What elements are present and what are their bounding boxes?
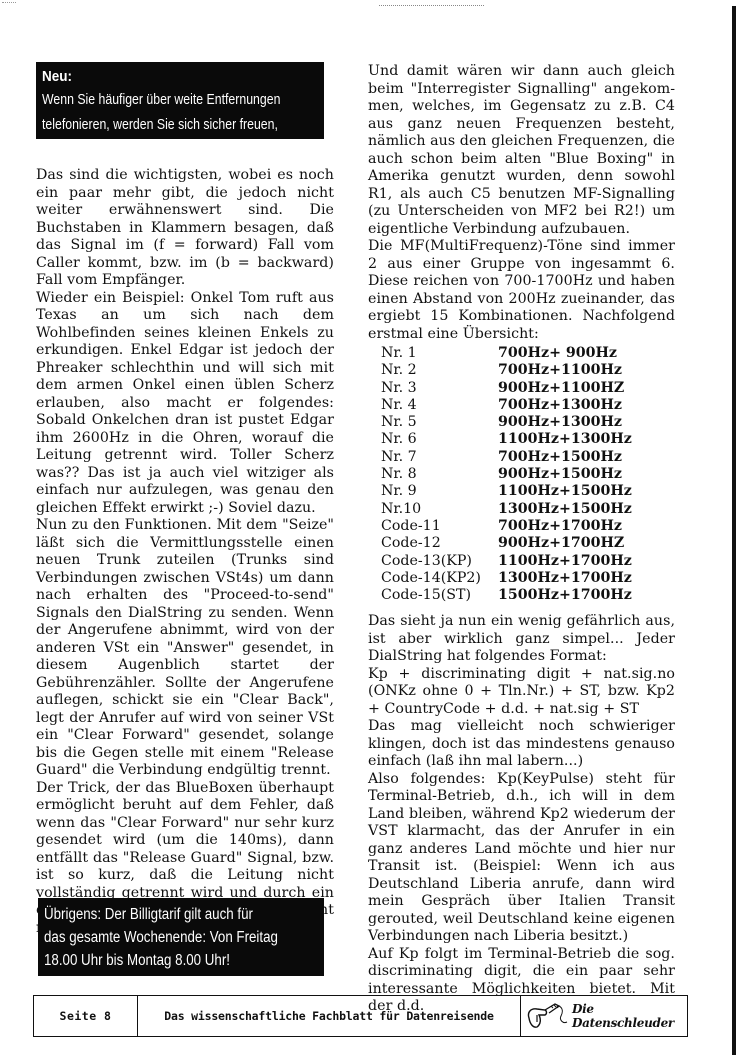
hand-with-cable-icon [525,1000,569,1033]
mf-code: Code-11 [381,518,498,535]
mf-code: Code-12 [381,535,498,552]
mf-freq: 700Hz+1100Hz [498,362,622,379]
left-column: Das sind die wichtigsten, wobei es noch … [36,167,334,937]
mf-code: Nr. 9 [381,483,498,500]
mf-frequency-table: Nr. 1700Hz+ 900Hz Nr. 2700Hz+1100Hz Nr. … [381,345,632,604]
callout-uebrigens: Übrigens: Der Billigtarif gilt auch für … [38,898,324,976]
mf-freq: 700Hz+ 900Hz [498,345,617,362]
paragraph: Das sieht ja nun ein wenig gefährlich au… [368,613,675,666]
mf-freq: 1300Hz+1700Hz [498,570,632,587]
paragraph: Das mag vielleicht noch schwieriger klin… [368,718,675,771]
paragraph: Kp + discriminating digit + nat.sig.no (… [368,666,675,719]
mf-code: Code-15(ST) [381,587,498,604]
scan-artifact-top-left [2,2,16,6]
page-number: Seite 8 [34,996,138,1036]
table-row: Code-14(KP2)1300Hz+1700Hz [381,570,632,587]
table-row: Nr. 91100Hz+1500Hz [381,483,632,500]
table-row: Code-15(ST)1500Hz+1700Hz [381,587,632,604]
page-footer: Seite 8 Das wissenschaftliche Fachblatt … [33,995,688,1037]
mf-freq: 700Hz+1500Hz [498,449,622,466]
table-row: Nr. 7700Hz+1500Hz [381,449,632,466]
paragraph: Nun zu den Funktionen. Mit dem "Seize" l… [36,517,334,780]
publication-tagline: Das wissenschaftliche Fachblatt für Date… [138,996,521,1036]
table-row: Code-11700Hz+1700Hz [381,518,632,535]
mf-freq: 700Hz+1700Hz [498,518,622,535]
callout-uebrigens-line: das gesamte Wochenende: Von Freitag [44,926,280,949]
scan-artifact-top-rule [379,5,484,6]
callout-neu-line: telefonieren, werden Sie sich sicher fre… [42,112,268,137]
logo-text: Die Datenschleuder [572,1002,687,1030]
mf-code: Nr.10 [381,501,498,518]
table-row: Nr. 5900Hz+1300Hz [381,414,632,431]
paragraph: Das sind die wichtigsten, wobei es noch … [36,167,334,290]
mf-freq: 700Hz+1300Hz [498,397,622,414]
mf-freq: 900Hz+1700HZ [498,535,624,552]
mf-freq: 900Hz+1100HZ [498,380,624,397]
callout-neu-line: Wenn Sie häufiger über weite Entfernunge… [42,87,268,112]
right-column-bottom: Das sieht ja nun ein wenig gefährlich au… [368,613,675,1016]
right-column-top: Und damit wären wir dann auch gleich bei… [368,63,675,343]
callout-uebrigens-line: Übrigens: Der Billigtarif gilt auch für [44,903,280,926]
mf-freq: 900Hz+1300Hz [498,414,622,431]
mf-freq: 1100Hz+1700Hz [498,553,632,570]
mf-code: Code-14(KP2) [381,570,498,587]
table-row: Code-12900Hz+1700HZ [381,535,632,552]
publication-logo: Die Datenschleuder [521,996,687,1036]
table-row: Nr. 8900Hz+1500Hz [381,466,632,483]
mf-code: Nr. 8 [381,466,498,483]
paragraph: Die MF(MultiFrequenz)-Töne sind immer 2 … [368,238,675,343]
table-row: Nr. 61100Hz+1300Hz [381,431,632,448]
mf-freq: 900Hz+1500Hz [498,466,622,483]
table-row: Nr. 1700Hz+ 900Hz [381,345,632,362]
table-row: Nr. 3900Hz+1100HZ [381,380,632,397]
mf-code: Nr. 4 [381,397,498,414]
mf-code: Nr. 2 [381,362,498,379]
mf-code: Nr. 7 [381,449,498,466]
paragraph: Wieder ein Beispiel: Onkel Tom ruft aus … [36,290,334,518]
paragraph: Und damit wären wir dann auch gleich bei… [368,63,675,238]
mf-freq: 1100Hz+1300Hz [498,431,632,448]
mf-freq: 1300Hz+1500Hz [498,501,632,518]
mf-code: Nr. 5 [381,414,498,431]
table-row: Code-13(KP)1100Hz+1700Hz [381,553,632,570]
mf-code: Nr. 1 [381,345,498,362]
table-row: Nr.101300Hz+1500Hz [381,501,632,518]
mf-code: Code-13(KP) [381,553,498,570]
callout-neu: Neu: Wenn Sie häufiger über weite Entfer… [36,62,324,139]
page-edge-line [732,6,736,1055]
table-row: Nr. 4700Hz+1300Hz [381,397,632,414]
callout-neu-title: Neu: [42,67,290,87]
mf-freq: 1100Hz+1500Hz [498,483,632,500]
table-row: Nr. 2700Hz+1100Hz [381,362,632,379]
paragraph: Also folgendes: Kp(KeyPulse) steht für T… [368,771,675,946]
mf-code: Nr. 6 [381,431,498,448]
mf-freq: 1500Hz+1700Hz [498,587,632,604]
mf-code: Nr. 3 [381,380,498,397]
callout-uebrigens-line: 18.00 Uhr bis Montag 8.00 Uhr! [44,949,280,972]
